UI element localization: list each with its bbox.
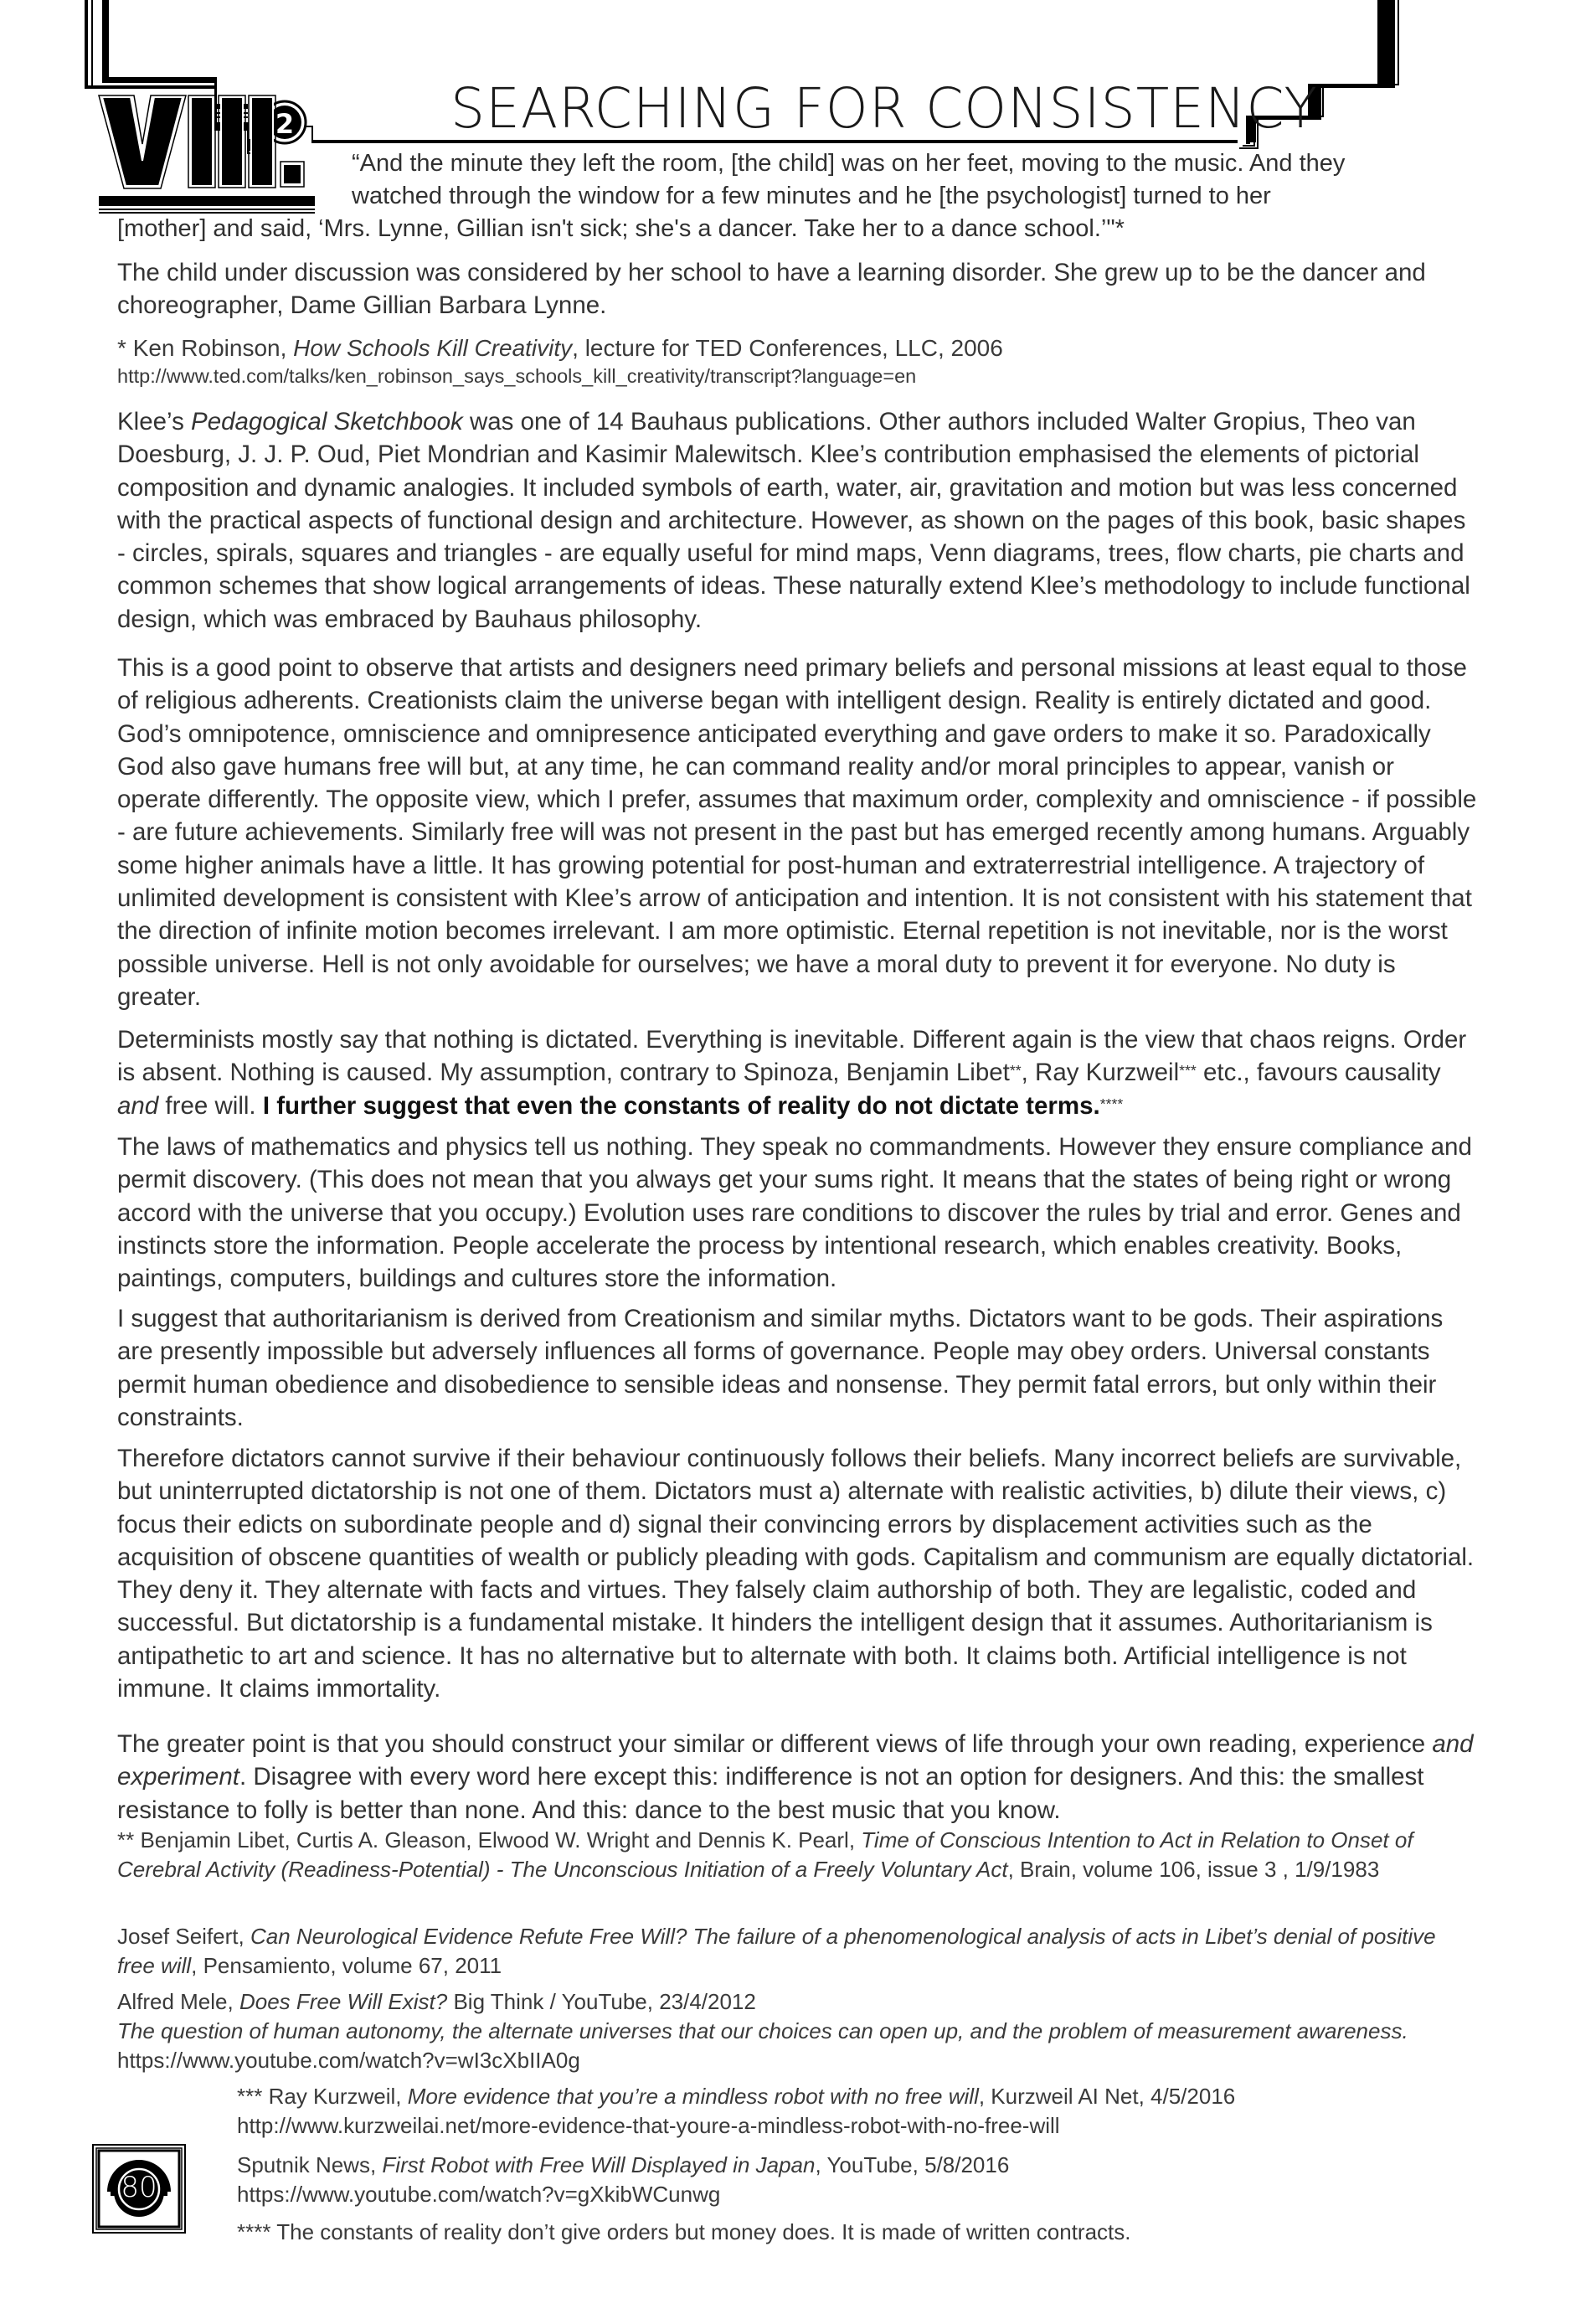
book-title: Pedagogical Sketchbook bbox=[191, 408, 463, 435]
footnote-ref[interactable]: ** bbox=[1010, 1062, 1022, 1079]
footnote-seifert: Josef Seifert, Can Neurological Evidence… bbox=[117, 1922, 1478, 1981]
page-number: 80 bbox=[92, 2171, 186, 2204]
text-span: , Brain, volume 106, issue 3 , 1/9/1983 bbox=[1008, 1857, 1380, 1882]
text-span: Josef Seifert, bbox=[117, 1924, 250, 1949]
text-span: *** Ray Kurzweil, bbox=[237, 2084, 408, 2109]
paragraph-dictators: Therefore dictators cannot survive if th… bbox=[117, 1442, 1478, 1705]
paragraph-text: I suggest that authoritarianism is deriv… bbox=[117, 1302, 1478, 1434]
text-span: free will. bbox=[158, 1092, 263, 1120]
footnote-ref[interactable]: *** bbox=[1179, 1062, 1197, 1079]
paragraph-text: Therefore dictators cannot survive if th… bbox=[117, 1442, 1478, 1705]
paragraph-laws: The laws of mathematics and physics tell… bbox=[117, 1131, 1478, 1295]
quote-line-2: watched through the window for a few min… bbox=[117, 180, 1474, 213]
emphasis: and bbox=[117, 1092, 158, 1120]
footnote-text: **** The constants of reality don’t give… bbox=[237, 2218, 1476, 2247]
text-span: Big Think / YouTube, 23/4/2012 bbox=[447, 1989, 756, 2014]
footnote-title: How Schools Kill Creativity bbox=[293, 335, 572, 361]
text-span: Alfred Mele, bbox=[117, 1989, 239, 2014]
page-title: SEARCHING FOR CONSISTENCY bbox=[450, 79, 1318, 139]
intro-paragraph: The child under discussion was considere… bbox=[117, 256, 1478, 322]
footnote-mele: Alfred Mele, Does Free Will Exist? Big T… bbox=[117, 1987, 1478, 2075]
text-span: , Ray Kurzweil bbox=[1022, 1059, 1180, 1086]
bold-statement: I further suggest that even the constant… bbox=[263, 1092, 1100, 1120]
text-span: The greater point is that you should con… bbox=[117, 1730, 1432, 1758]
paragraph-text: The laws of mathematics and physics tell… bbox=[117, 1131, 1478, 1295]
footnote-ref[interactable]: **** bbox=[1100, 1095, 1124, 1112]
citation-title: More evidence that you’re a mindless rob… bbox=[408, 2084, 979, 2109]
citation-title: First Robot with Free Will Displayed in … bbox=[382, 2152, 815, 2177]
opening-quote: “And the minute they left the room, [the… bbox=[117, 147, 1474, 245]
paragraph-authoritarianism: I suggest that authoritarianism is deriv… bbox=[117, 1302, 1478, 1434]
text-span: , Pensamiento, volume 67, 2011 bbox=[191, 1953, 502, 1978]
text-span: , Kurzweil AI Net, 4/5/2016 bbox=[979, 2084, 1235, 2109]
citation-url[interactable]: https://www.youtube.com/watch?v=gXkibWCu… bbox=[237, 2180, 1476, 2209]
intro-text: The child under discussion was considere… bbox=[117, 256, 1478, 322]
text-span: , YouTube, 5/8/2016 bbox=[815, 2152, 1009, 2177]
quote-line-1: “And the minute they left the room, [the… bbox=[117, 147, 1474, 180]
text-span: was one of 14 Bauhaus publications. Othe… bbox=[117, 408, 1470, 633]
text-span: . Disagree with every word here except t… bbox=[117, 1763, 1424, 1823]
citation-url[interactable]: https://www.youtube.com/watch?v=wI3cXbII… bbox=[117, 2048, 580, 2073]
quote-line-3: [mother] and said, ‘Mrs. Lynne, Gillian … bbox=[117, 213, 1474, 245]
text-span: Sputnik News, bbox=[237, 2152, 382, 2177]
paragraph-beliefs: This is a good point to observe that art… bbox=[117, 652, 1478, 1013]
text-span: Klee’s bbox=[117, 408, 191, 435]
footnote-marker: * bbox=[117, 335, 133, 361]
text-span: etc., favours causality bbox=[1197, 1059, 1441, 1086]
footnote-robinson: * Ken Robinson, How Schools Kill Creativ… bbox=[117, 333, 1478, 389]
footnote-author: Ken Robinson, bbox=[133, 335, 293, 361]
footnote-kurzweil: *** Ray Kurzweil, More evidence that you… bbox=[237, 2082, 1476, 2141]
paragraph-determinists: Determinists mostly say that nothing is … bbox=[117, 1023, 1478, 1122]
paragraph-klee: Klee’s Pedagogical Sketchbook was one of… bbox=[117, 405, 1478, 636]
footnote-url[interactable]: http://www.ted.com/talks/ken_robinson_sa… bbox=[117, 363, 1478, 389]
paragraph-text: This is a good point to observe that art… bbox=[117, 652, 1478, 1013]
text-span: ** Benjamin Libet, Curtis A. Gleason, El… bbox=[117, 1827, 861, 1853]
footnote-libet: ** Benjamin Libet, Curtis A. Gleason, El… bbox=[117, 1826, 1478, 1884]
footnote-details: , lecture for TED Conferences, LLC, 2006 bbox=[572, 335, 1003, 361]
citation-title: Does Free Will Exist? bbox=[239, 1989, 447, 2014]
citation-url[interactable]: http://www.kurzweilai.net/more-evidence-… bbox=[237, 2111, 1476, 2141]
footnote-sputnik: Sputnik News, First Robot with Free Will… bbox=[237, 2151, 1476, 2209]
footnote-constants: **** The constants of reality don’t give… bbox=[237, 2218, 1476, 2247]
citation-description: The question of human autonomy, the alte… bbox=[117, 2018, 1408, 2043]
paragraph-greater-point: The greater point is that you should con… bbox=[117, 1728, 1478, 1827]
